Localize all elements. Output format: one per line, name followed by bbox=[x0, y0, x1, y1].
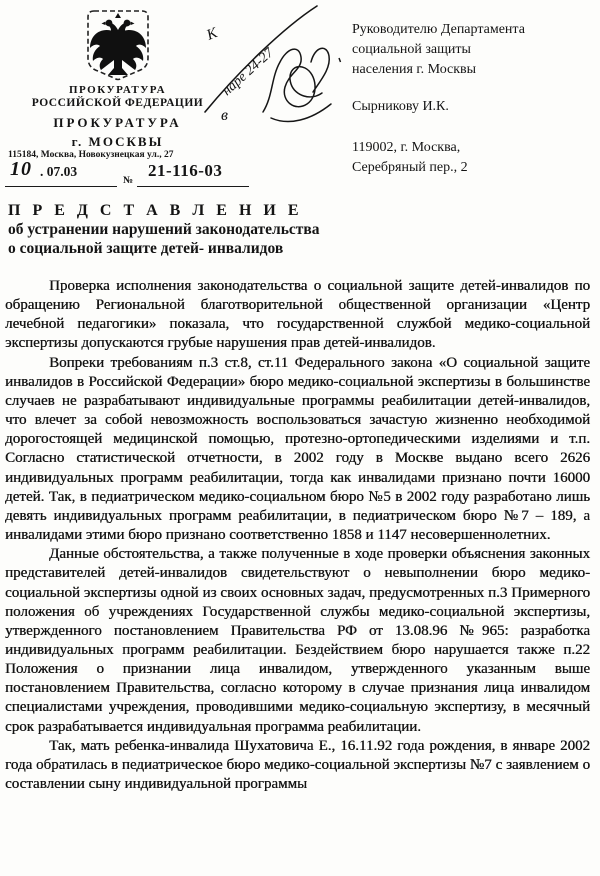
letterhead-address: 115184, Москва, Новокузнецкая ул., 27 bbox=[8, 150, 174, 160]
addressee-address-line: Серебряный пер., 2 bbox=[352, 158, 592, 178]
printed-date: . 07.03 bbox=[40, 164, 77, 180]
org-name-line: г. МОСКВЫ bbox=[5, 134, 230, 150]
document-page: ПРОКУРАТУРА РОССИЙСКОЙ ФЕДЕРАЦИИ ПРОКУРА… bbox=[0, 0, 600, 876]
document-subtitle-line: о социальной защите детей- инвалидов bbox=[8, 239, 438, 258]
handwritten-annotation: К наре 24-27 в bbox=[183, 0, 353, 135]
date-underline bbox=[5, 186, 117, 187]
handwritten-note: наре 24-27 bbox=[220, 45, 278, 99]
document-subtitle-line: об устранении нарушений законодательства bbox=[8, 220, 438, 239]
signature-dot bbox=[339, 58, 341, 62]
handwritten-date: 10 bbox=[10, 158, 32, 181]
title-block: П Р Е Д С Т А В Л Е Н И Е об устранении … bbox=[8, 202, 438, 258]
handwritten-mark-small: в bbox=[221, 107, 228, 124]
addressee-line: Руководителю Департамента bbox=[352, 20, 592, 40]
addressee-line: социальной защиты bbox=[352, 40, 592, 60]
document-number: 21-116-03 bbox=[148, 161, 222, 181]
number-sign: № bbox=[123, 175, 133, 186]
document-body: Проверка исполнения законодательства о с… bbox=[5, 277, 590, 794]
coat-of-arms-emblem bbox=[84, 8, 152, 86]
addressee-line: населения г. Москвы bbox=[352, 60, 592, 80]
number-underline bbox=[137, 186, 249, 187]
body-paragraph: Данные обстоятельства, а также полученны… bbox=[5, 545, 590, 737]
addressee-block: Руководителю Департамента социальной защ… bbox=[352, 20, 592, 178]
double-headed-eagle-icon bbox=[90, 13, 146, 75]
addressee-name: Сырникову И.К. bbox=[352, 97, 592, 117]
handwritten-mark: К bbox=[204, 25, 221, 44]
body-paragraph: Вопреки требованиям п.3 ст.8, ст.11 Феде… bbox=[5, 354, 590, 546]
body-paragraph: Так, мать ребенка-инвалида Шухатовича Е.… bbox=[5, 737, 590, 794]
document-title: П Р Е Д С Т А В Л Е Н И Е bbox=[8, 202, 438, 220]
body-paragraph: Проверка исполнения законодательства о с… bbox=[5, 277, 590, 354]
addressee-address-line: 119002, г. Москва, bbox=[352, 138, 592, 158]
